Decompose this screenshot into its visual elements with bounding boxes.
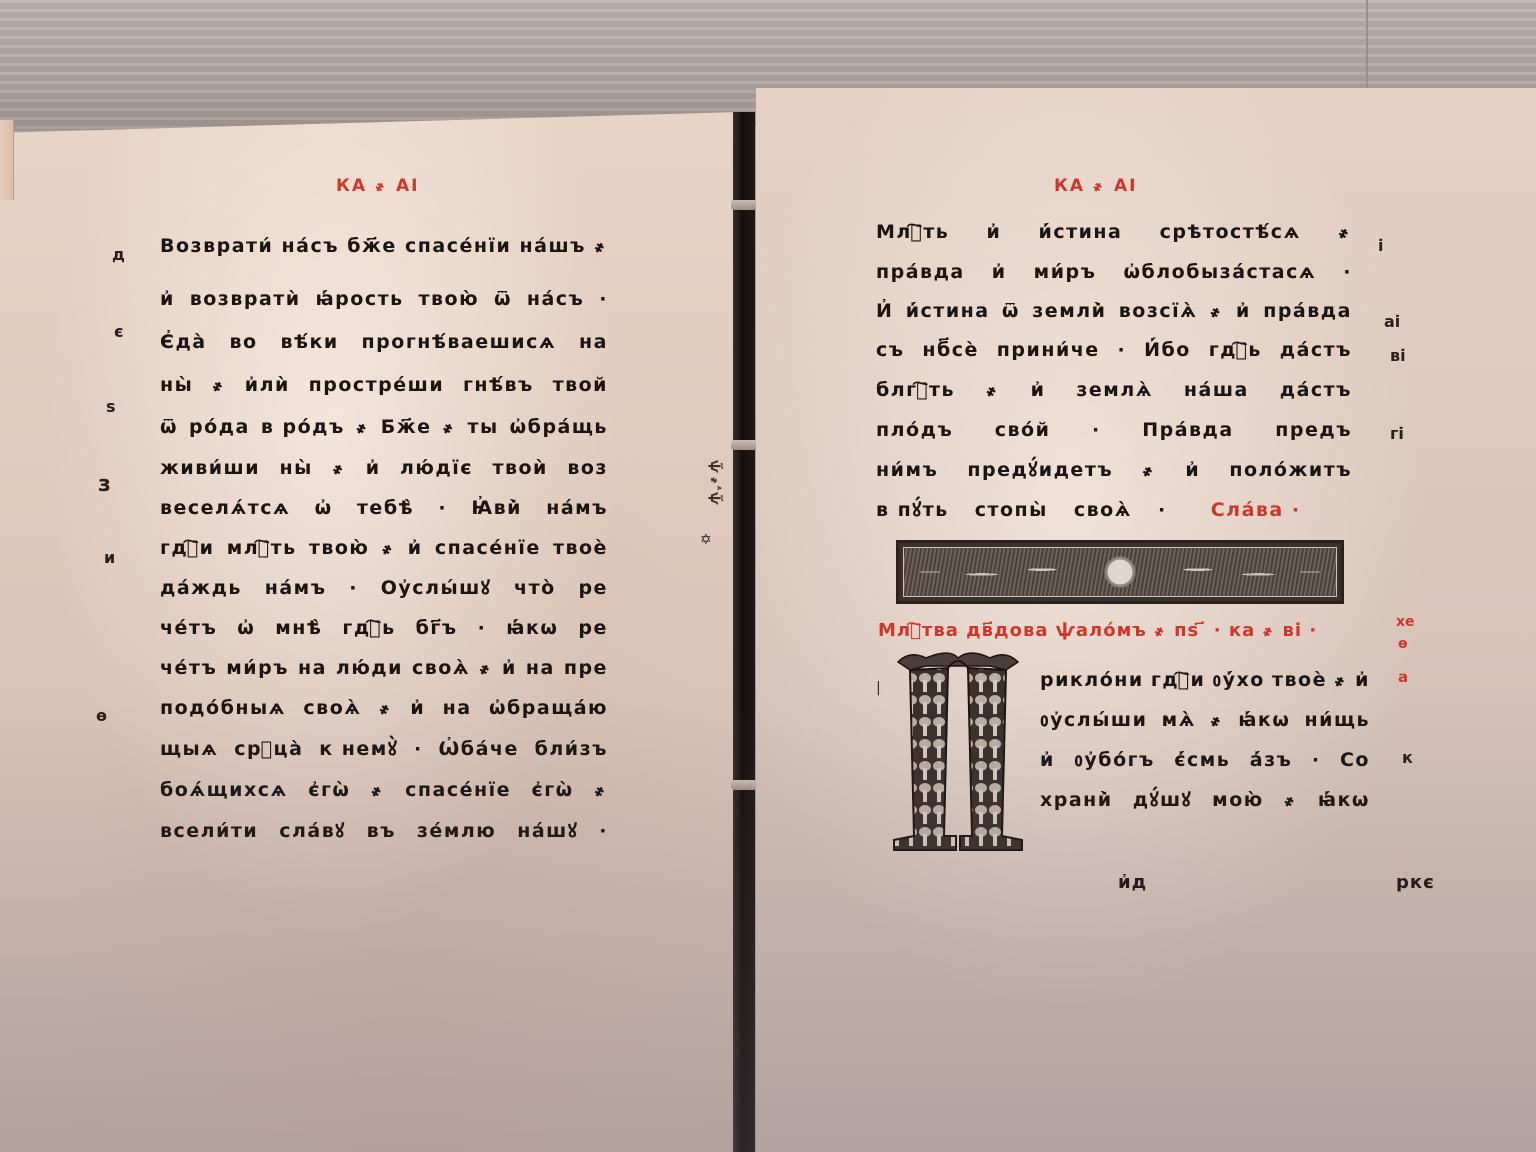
word: Возврати́ — [160, 216, 273, 278]
word: на — [298, 648, 327, 688]
text-line: Є҆да̀ во вѣ́ки прогнѣ́ваешисѧ на — [160, 320, 608, 364]
word: сво́й — [995, 410, 1051, 450]
word: и҆́стина — [906, 292, 990, 330]
word: простре́ши — [309, 364, 445, 406]
slava-rubric: Сла́ва · — [1211, 490, 1301, 530]
text-line: Млⷭ҇ть и҆ и҆́стина срѣтостѣ́сѧ ҂ — [876, 212, 1352, 252]
word: землѧ̀ — [1076, 370, 1153, 410]
word: ѡ҆блобыза́стасѧ — [1123, 252, 1316, 292]
word: че́тъ — [160, 648, 217, 688]
text-line: съ нб҃сѐ прини́че · И҆́бо гдⷭ҇ь да́стъ — [876, 330, 1352, 370]
folio-number: ркє — [1396, 872, 1435, 893]
word: ми́ръ — [1034, 252, 1097, 292]
word: возсїѧ̀ — [1119, 292, 1198, 330]
word: блгⷭ҇ть — [876, 370, 955, 410]
word: гнѣ́въ — [463, 364, 534, 406]
word: воз — [567, 448, 608, 488]
word: · — [1158, 490, 1167, 530]
word: и҆ — [1031, 370, 1046, 410]
word: ны̀ — [160, 364, 193, 406]
word: є҆́смь — [1174, 740, 1230, 780]
text-line: щыѧ срⷣца̀ к немꙋ̀ · Ѡ҆ба́че бли́зъ — [160, 728, 608, 770]
left-verse-number: ѕ — [106, 397, 116, 416]
floral-vine-ornament — [903, 547, 1337, 597]
word: своѧ̀ — [1074, 490, 1132, 530]
word: срѣтостѣ́сѧ — [1160, 212, 1301, 252]
word: боѧ́щихсѧ — [160, 770, 288, 810]
word: и҆ — [986, 212, 1001, 252]
word: твою̀ — [419, 278, 480, 320]
psalm-margin-note: ѳ — [1398, 636, 1408, 652]
text-line: и҆ возвратѝ ꙗ҆́рость твою̀ ѿ на́съ · — [160, 278, 608, 320]
word: и҆́стина — [1039, 212, 1123, 252]
word: · — [1092, 410, 1101, 450]
text-line: храни̇̀ дꙋ́шꙋ мою̀ ҂ ꙗ҆́кѡ — [1040, 780, 1370, 820]
star-mark-icon: ✡ — [700, 532, 712, 548]
word: твой — [553, 364, 608, 406]
word: бж҃е — [347, 216, 397, 278]
text-line: боѧ́щихсѧ є҆гѡ̀ ҂ спасе́нїе є҆гѡ̀ ҂ — [160, 770, 608, 810]
text-line: гдⷭ҇и млⷭ҇ть твою̀ ҂ и҆ спасе́нїе твоѐ — [160, 528, 608, 568]
catchword: и҆д — [1118, 872, 1147, 893]
word: щыѧ — [160, 728, 219, 770]
word: ҂ — [1210, 292, 1224, 330]
text-line: блгⷭ҇ть ҂ и҆ землѧ̀ на́ша да́стъ — [876, 370, 1352, 410]
word: ро́да — [189, 406, 250, 448]
word: є҆гѡ̀ — [308, 770, 350, 810]
word: ни́мъ — [876, 450, 938, 490]
word: ᲂу҆́хо — [1213, 660, 1265, 700]
left-verse-number: и — [104, 548, 115, 567]
word: ми́ръ — [226, 648, 289, 688]
word: ѡ҆бра́щь — [510, 406, 608, 448]
text-line: и҆ ᲂу҆бо́гъ є҆́смь а҆́зъ · Со — [1040, 740, 1370, 780]
word: да́стъ — [1280, 370, 1352, 410]
word: ҂ — [594, 216, 608, 278]
word: бли́зъ — [535, 728, 608, 770]
word: храни̇̀ — [1040, 780, 1113, 820]
word: ѿ — [494, 278, 512, 320]
word: и҆ — [992, 252, 1007, 292]
left-verse-number: д — [112, 245, 125, 264]
word: в ро́дъ — [261, 406, 345, 448]
psalm-verse-number: к — [1402, 748, 1413, 767]
word: ре — [578, 568, 608, 608]
word: живи́ши — [160, 448, 260, 488]
word: своѧ̀ — [412, 648, 470, 688]
word: ҂ — [594, 770, 608, 810]
drop-cap-svg — [890, 648, 1026, 854]
right-verse-number: гі — [1390, 424, 1404, 443]
word: че́тъ — [160, 608, 217, 648]
text-line: че́тъ ѡ҆ мнѣ̀ гдⷭ҇ь бг҃ъ · ꙗ҆́кѡ ре — [160, 608, 608, 648]
word: ꙗ҆́рость — [315, 278, 403, 320]
word: земли̇̀ — [1032, 292, 1106, 330]
word: И҆ — [876, 292, 893, 330]
decorated-initial-p-icon — [890, 648, 1026, 854]
word: на — [579, 320, 608, 364]
word: · — [1312, 740, 1321, 780]
word: да́ждь — [160, 568, 242, 608]
word: на — [443, 688, 472, 728]
word: ѿ — [160, 406, 178, 448]
word: вѣ́ки — [280, 320, 338, 364]
word: и҆ — [1040, 740, 1055, 780]
word: ҂ — [479, 648, 493, 688]
gutter-signature-left: ѱ҃ ҂ ⷣ ѱ҃ — [707, 460, 724, 505]
word: и҆ — [1185, 450, 1200, 490]
word: є҆гѡ̀ — [531, 770, 573, 810]
binding-stitch — [731, 780, 757, 790]
left-page-text: Возврати́ на́съ бж҃е спасе́нїи на́шъ ҂ и… — [160, 216, 608, 852]
word: прогнѣ́ваешисѧ — [362, 320, 557, 364]
word: ѡ҆браща́ю — [489, 688, 608, 728]
word: на́шꙋ — [517, 810, 578, 852]
word: Ѡ҆ба́че — [439, 728, 519, 770]
word: гдⷭ҇и — [160, 528, 215, 568]
word: ҂ — [1284, 780, 1298, 820]
psalm-title-text: Млⷭ҇тва дв҃дова ѱало́мъ ҂ пѕ ҃ · ка ҂ ві… — [878, 620, 1358, 641]
word: во — [230, 320, 258, 364]
word: пра́вда — [876, 252, 965, 292]
word: предꙋ́идетъ — [967, 450, 1113, 490]
previous-page-edge — [0, 120, 14, 200]
word: всели́ти — [160, 810, 258, 852]
word: ҂ — [379, 688, 393, 728]
right-verse-number: ві — [1390, 346, 1406, 365]
word: · — [478, 608, 487, 648]
right-running-head: КА ҂ АІ — [1054, 176, 1137, 196]
word: ре — [578, 608, 608, 648]
word: ꙗ҆́кѡ — [506, 608, 558, 648]
word: твоѐ — [553, 528, 608, 568]
text-line: в пꙋ́ть стопы̀ своѧ̀ · Сла́ва · — [876, 490, 1352, 530]
word: И҆́бо — [1144, 330, 1191, 370]
word: лю́ди — [336, 648, 403, 688]
word: нб҃сѐ — [922, 330, 979, 370]
word: своѧ̀ — [303, 688, 361, 728]
word: гдⷭ҇ь — [1209, 330, 1262, 370]
word: гдⷭ҇ь — [342, 608, 395, 648]
word: а҆́зъ — [1250, 740, 1293, 780]
binding-stitch — [731, 440, 757, 450]
right-page-text: Млⷭ҇ть и҆ и҆́стина срѣтостѣ́сѧ ҂ пра́вда… — [876, 212, 1352, 530]
psalm-text: рикло́ни гдⷭ҇и ᲂу҆́хо твоѐ ҂ и҆ ᲂу҆слы́ш… — [1040, 660, 1370, 820]
word: на́ша — [1184, 370, 1249, 410]
word: что̀ — [514, 568, 556, 608]
word: ны̀ — [280, 448, 313, 488]
text-line: И҆ и҆́стина ѿ земли̇̀ возсїѧ̀ ҂ и҆ пра́в… — [876, 292, 1352, 330]
word: твою̀ — [309, 528, 370, 568]
psalm-title: Млⷭ҇тва дв҃дова ѱало́мъ ҂ пѕ ҃ · ка ҂ ві… — [878, 620, 1358, 641]
word: Оу҆слы́шꙋ — [381, 568, 492, 608]
word: въ — [367, 810, 396, 852]
word: пло́дъ — [876, 410, 953, 450]
word: Є҆да̀ — [160, 320, 207, 364]
word: спасе́нїи — [405, 216, 511, 278]
word: твоѐ — [1272, 660, 1327, 700]
word: · — [414, 728, 423, 770]
word: пра́вда — [1263, 292, 1352, 330]
word: · — [438, 488, 447, 528]
word: сла́вꙋ — [279, 810, 345, 852]
word: ҂ — [1210, 700, 1224, 740]
word: · — [349, 568, 358, 608]
left-verse-number: є — [114, 322, 123, 341]
text-line: да́ждь на́мъ · Оу҆слы́шꙋ что̀ ре — [160, 568, 608, 608]
right-verse-number: аі — [1384, 312, 1400, 331]
word: предъ — [1275, 410, 1352, 450]
word: съ — [876, 330, 905, 370]
word: стопы̀ — [975, 490, 1048, 530]
text-line: рикло́ни гдⷭ҇и ᲂу҆́хо твоѐ ҂ и҆ — [1040, 660, 1370, 700]
word: на́мъ — [546, 488, 608, 528]
text-line: веселѧ́тсѧ ѡ҆ тебѣ̀ · Ꙗ҆ви̇̀ на́мъ — [160, 488, 608, 528]
text-line: Возврати́ на́съ бж҃е спасе́нїи на́шъ ҂ — [160, 216, 608, 278]
word: на — [526, 648, 555, 688]
word: и҆ — [366, 448, 381, 488]
binding-stitch — [731, 200, 757, 210]
ornamental-headpiece-icon — [896, 540, 1344, 604]
word: спасе́нїе — [435, 528, 541, 568]
word: и҆ — [408, 528, 423, 568]
word: и҆ — [410, 688, 425, 728]
word: · — [1343, 252, 1352, 292]
margin-tick: | — [876, 680, 881, 696]
word: ҂ — [212, 364, 226, 406]
word: тебѣ̀ — [357, 488, 414, 528]
word: бг҃ъ — [416, 608, 458, 648]
word: ѿ — [1002, 292, 1020, 330]
word: твоѝ — [492, 448, 547, 488]
word: к немꙋ̀ — [319, 728, 398, 770]
text-line: подо́бныѧ своѧ̀ ҂ и҆ на ѡ҆браща́ю — [160, 688, 608, 728]
word: прини́че — [997, 330, 1100, 370]
word: ꙗ҆́кѡ — [1318, 780, 1370, 820]
word: ты — [467, 406, 498, 448]
word: спасе́нїе — [405, 770, 511, 810]
text-line: ѿ ро́да в ро́дъ ҂ Бж҃е ҂ ты ѡ҆бра́щь — [160, 406, 608, 448]
psalm-margin-note: хе — [1396, 614, 1415, 630]
word: · — [1118, 330, 1127, 370]
word: на́шъ — [520, 216, 586, 278]
text-line: всели́ти сла́вꙋ въ зе́млю на́шꙋ · — [160, 810, 608, 852]
word: мою̀ — [1212, 780, 1264, 820]
word: Ꙗ҆ви̇̀ — [471, 488, 522, 528]
text-line: че́тъ ми́ръ на лю́ди своѧ̀ ҂ и҆ на пре — [160, 648, 608, 688]
text-line: ны̀ ҂ и҆лѝ простре́ши гнѣ́въ твой — [160, 364, 608, 406]
text-line: ᲂу҆слы́ши мѧ̀ ҂ ꙗ҆́кѡ ни́щь — [1040, 700, 1370, 740]
word: лю́дїє — [400, 448, 473, 488]
word: ꙗ҆́кѡ — [1238, 700, 1290, 740]
word: ᲂу҆слы́ши — [1040, 700, 1147, 740]
word: и҆ — [502, 648, 517, 688]
word: млⷭ҇ть — [227, 528, 297, 568]
word: рикло́ни — [1040, 660, 1144, 700]
word: на́съ — [282, 216, 340, 278]
word: и҆ — [1236, 292, 1251, 330]
word: Бж҃е — [381, 406, 432, 448]
word: и҆лѝ — [245, 364, 290, 406]
word: · — [599, 810, 608, 852]
table-board-seam — [1366, 0, 1368, 100]
left-running-head: КА ҂ АІ — [336, 176, 419, 196]
word: гдⷭ҇и — [1151, 660, 1206, 700]
word: ҂ — [332, 448, 346, 488]
word: Со — [1340, 740, 1370, 780]
text-line: ни́мъ предꙋ́идетъ ҂ и҆ поло́житъ — [876, 450, 1352, 490]
word: ҂ — [382, 528, 396, 568]
word: · — [599, 278, 608, 320]
word: на́съ — [527, 278, 585, 320]
word: возвратѝ — [190, 278, 301, 320]
left-verse-number: з — [98, 472, 111, 497]
word: на́мъ — [265, 568, 327, 608]
text-line: пло́дъ сво́й · Пра́вда предъ — [876, 410, 1352, 450]
word: Млⷭ҇ть — [876, 212, 949, 252]
word: ҂ — [371, 770, 385, 810]
word: ҂ — [443, 406, 457, 448]
text-line: живи́ши ны̀ ҂ и҆ лю́дїє твоѝ воз — [160, 448, 608, 488]
word: ни́щь — [1305, 700, 1370, 740]
word: ҂ — [1338, 212, 1352, 252]
text-line: пра́вда и҆ ми́ръ ѡ҆блобыза́стасѧ · — [876, 252, 1352, 292]
word: ҂ — [1334, 660, 1348, 700]
book-spine-gutter — [733, 112, 755, 1152]
word: веселѧ́тсѧ — [160, 488, 290, 528]
word: Пра́вда — [1142, 410, 1234, 450]
word: срⷣца̀ — [234, 728, 303, 770]
word: пре — [564, 648, 608, 688]
word: ѡ҆ — [237, 608, 255, 648]
word: да́стъ — [1280, 330, 1352, 370]
word: в пꙋ́ть — [876, 490, 949, 530]
word: ҂ — [986, 370, 1000, 410]
word: ҂ — [1142, 450, 1156, 490]
word: ҂ — [356, 406, 370, 448]
word: поло́житъ — [1229, 450, 1352, 490]
word: ѡ҆ — [315, 488, 333, 528]
word: мнѣ̀ — [275, 608, 322, 648]
left-verse-number: ѳ — [96, 706, 107, 725]
word: зе́млю — [417, 810, 496, 852]
psalm-margin-note: а — [1398, 668, 1408, 686]
right-verse-number: і — [1378, 236, 1383, 255]
word: мѧ̀ — [1162, 700, 1196, 740]
word: дꙋ́шꙋ — [1133, 780, 1192, 820]
word: ᲂу҆бо́гъ — [1074, 740, 1155, 780]
word: и҆ — [160, 278, 175, 320]
word: и҆ — [1355, 660, 1370, 700]
word: подо́бныѧ — [160, 688, 286, 728]
